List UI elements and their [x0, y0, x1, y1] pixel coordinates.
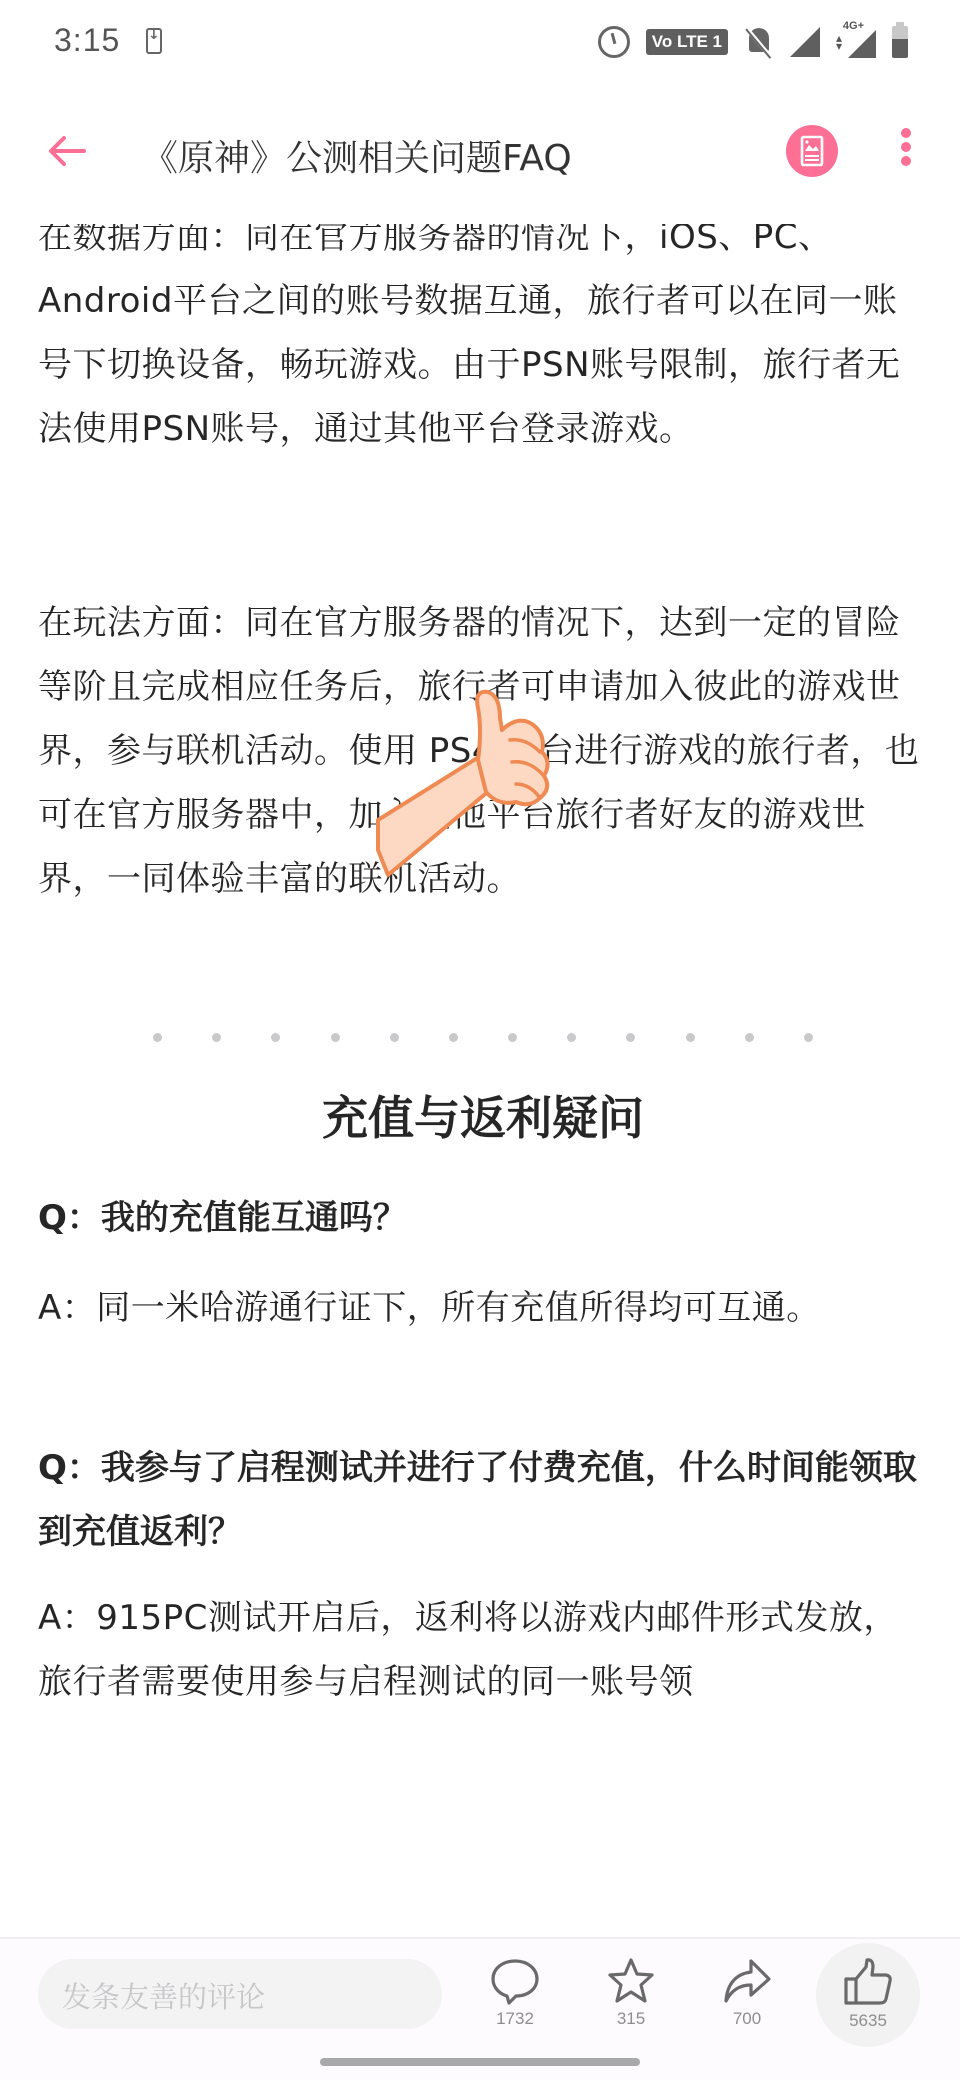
thumbs-up-icon	[842, 1957, 894, 2007]
comment-button[interactable]: 1732	[480, 1957, 550, 2029]
download-notification-icon	[146, 28, 162, 54]
more-button[interactable]	[896, 128, 916, 174]
app-header: 《原神》公测相关问题FAQ	[0, 88, 960, 224]
battery-icon	[892, 26, 908, 58]
status-icons: Vo LTE 1 ▴▾ 4G+	[598, 22, 908, 62]
bell-muted-icon	[744, 26, 774, 58]
image-mode-button[interactable]	[786, 125, 838, 177]
status-time: 3:15	[54, 22, 120, 59]
share-count: 700	[712, 2009, 782, 2029]
faq-answer: A：同一米哈游通行证下，所有充值所得均可互通。	[38, 1276, 928, 1340]
home-indicator[interactable]	[320, 2058, 640, 2066]
section-divider	[153, 1033, 813, 1042]
back-button[interactable]	[44, 128, 90, 174]
page-title: 《原神》公测相关问题FAQ	[142, 130, 572, 181]
arrow-left-icon	[44, 128, 90, 174]
article-paragraph: 在数据方面：同在官方服务器的情况下，iOS、PC、Android平台之间的账号数…	[38, 205, 928, 461]
article-content[interactable]: 在数据方面：同在官方服务器的情况下，iOS、PC、Android平台之间的账号数…	[0, 160, 960, 1940]
favorite-button[interactable]: 315	[596, 1957, 666, 2029]
signal-icon	[790, 27, 820, 57]
status-bar: 3:15 Vo LTE 1 ▴▾ 4G+	[0, 0, 960, 88]
alarm-icon	[598, 26, 630, 58]
comment-icon	[489, 1957, 541, 2005]
volte-icon: Vo LTE 1	[646, 29, 728, 55]
comment-placeholder: 发条友善的评论	[62, 1975, 265, 2016]
faq-question: Q：我参与了启程测试并进行了付费充值，什么时间能领取到充值返利？	[38, 1436, 928, 1564]
favorite-count: 315	[596, 2009, 666, 2029]
like-count: 5635	[816, 2011, 920, 2031]
share-icon	[721, 1957, 773, 2005]
image-article-icon	[786, 125, 838, 177]
faq-question: Q：我的充值能互通吗？	[38, 1186, 928, 1250]
section-heading: 充值与返利疑问	[38, 1086, 928, 1150]
share-button[interactable]: 700	[712, 1957, 782, 2029]
4g-signal-icon: ▴▾ 4G+	[836, 26, 876, 58]
more-vertical-icon	[896, 128, 916, 166]
star-icon	[605, 1957, 657, 2005]
faq-answer: A：915PC测试开启后，返利将以游戏内邮件形式发放，旅行者需要使用参与启程测试…	[38, 1586, 928, 1714]
article-paragraph: 在玩法方面：同在官方服务器的情况下，达到一定的冒险等阶且完成相应任务后，旅行者可…	[38, 591, 928, 911]
like-button[interactable]: 5635	[816, 1943, 920, 2047]
comment-count: 1732	[480, 2009, 550, 2029]
comment-input[interactable]: 发条友善的评论	[38, 1959, 442, 2029]
